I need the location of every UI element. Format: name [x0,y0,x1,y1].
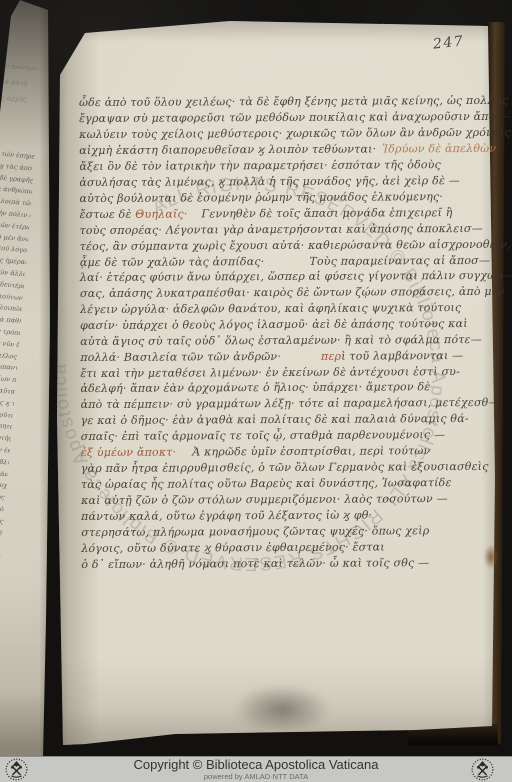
footer-bar: Copyright © Biblioteca Apostolica Vatica… [0,756,512,782]
manuscript-segment: καὶ αὐτῇ ζῶν ὁ ζῶν στόλων συμμεριζόμενοι… [81,492,448,507]
manuscript-line: ἔστωε δὲ Θυηλαῖς·Γεννηθὲν δὲ τοῖς ἅπασι … [80,206,453,222]
manuscript-segment: λέγειν ὠργύλα· ἀδελφῶν θανάτου, καὶ ἀφηλ… [80,301,461,316]
manuscript-line: ἐξ ὑμέων ἄποκτ·Ἀ κηρῶδε ὑμῖν ἐσοπτρίσθαι… [81,444,431,460]
manuscript-line: ᾆμε δὲ τῶν χαλῶν τὰς ἀσπίδας·Τοὺς παραμε… [80,254,490,270]
manuscript-line: καὶ αὐτῇ ζῶν ὁ ζῶν στόλων συμμεριζόμενοι… [81,492,448,508]
left-page-line: ςαὶ τῆς ἑορτῆς [0,431,11,442]
left-page-line: τὰ δὲ σύμπαντ [0,361,17,372]
manuscript-segment: ἀπὸ τὰ πέμπειν· σὺ γραμμάτων λέξῃ· τότε … [81,396,500,411]
manuscript-line: λέγειν ὠργύλα· ἀδελφῶν θανάτου, καὶ ἀφηλ… [80,301,461,317]
left-page-line: ςαὶ τὸ μὲν ἄνω [0,232,29,243]
left-page-line: τῆς δὲ γραφῆς [0,173,34,184]
manuscript-line: σπαῖς· ἐπὶ ταῖς ἀρμοναῖς τε τοῖς ᾦ, σταθ… [81,428,446,444]
manuscript-segment: ἐξ ὑμέων ἄποκτ· [81,446,177,459]
manuscript-segment: ὁ δ᾽ εἴπων· ἀληθῆ νόμασι ποτὲ καὶ τελῶν·… [81,556,429,571]
left-page-line: ὡς ἐν τῷ βιβλί [0,455,9,466]
manuscript-segment: σπαῖς· ἐπὶ ταῖς ἀρμοναῖς τε τοῖς ᾦ, σταθ… [81,428,446,443]
left-page-line: τῶν δὲ λοιπῶν [0,302,22,313]
left-page-line: ὅσα δὲ ϗ νῦν ἔ [0,338,19,349]
manuscript-segment: πάντων καλά, οὕτω ἐγράφη τοῦ λέξαντος ἰὼ… [81,509,372,524]
powered-by-text: powered by AMLAD·NTT DATA [204,772,308,781]
left-page-line: εἶτα ϗ τὰ πάθη [0,314,21,325]
manuscript-line: στερησάτω, πλήρωμα μονασήμους ζῶντας ψυχ… [81,524,429,540]
left-page-line: τὴν δὲ δευτέρα [0,279,24,290]
manuscript-line: τοὺς σπορέας· Λέγονται γὰρ ἀναμετρήσοντα… [80,222,483,238]
left-page-line: ϗ περὶ τούτων [0,291,23,302]
page-smudge [232,684,332,730]
manuscript-line: ἄξει ὃν δὲ τὸν ἰατρικὴν τὴν παραμετρήσει… [79,158,441,174]
manuscript-segment: ἔτι καὶ τὴν μεταθέσει λιμένων· ἐν ἐκείνω… [80,365,460,380]
vatican-emblem-icon [5,758,28,781]
manuscript-line: αὐτὰ ἅγιος σὺ ταῖς οὐδ᾽ ὅλως ἐσταλαμένων… [80,333,482,349]
manuscript-line: ἔγραψαν σὺ μεταφορεῦσι τῶν μεθόδων ποικί… [79,110,510,126]
copyright-text: Copyright © Biblioteca Apostolica Vatica… [134,758,379,772]
left-page-line: ςαὶ τὰς πύλας [0,514,4,525]
manuscript-line: σας, ἁπάσης λυκατραπέσθαι· καιρὸς δὲ ὤντ… [80,285,505,301]
manuscript-segment: Θυηλαῖς· [135,207,187,220]
manuscript-segment: αὐτὸς βούλονται δὲ ἐσομένην ῥώμην τῆς μο… [79,190,443,205]
manuscript-segment: σας, ἁπάσης λυκατραπέσθαι· καιρὸς δὲ ὤντ… [80,285,505,300]
manuscript-segment: ἀσυλήσας τὰς λιμένας, ϗ πολλὰ ἡ τῆς μονά… [79,174,460,189]
manuscript-line: ὧδε ἀπὸ τοῦ ὅλου χειλέως· τὰ δὲ ἔφθη ξέν… [79,94,509,110]
manuscript-line: κωλύειν τοὺς χείλοις μεθύστεροις· χωρικῶ… [79,126,512,142]
left-page-line: τοῦ δὲ ἔθνους [0,490,6,501]
manuscript-segment: Γεννηθὲν δὲ τοῖς ἅπασι μονάδα ἐπιχειρεῖ … [201,206,452,220]
left-page-line: πρὸς τὸ τέλος [0,350,18,361]
manuscript-segment: πολλά· Βασιλεία τῶν τῶν ἀνδρῶν· [80,350,281,364]
manuscript-segment: λόγοις, οὕτω δύνατε ϗ θύρασιν ἐφθαιρεμέν… [81,540,385,555]
manuscript-line: ἁδελφή· ἅπαν ἐὰν ἀρχομάνωτε ὁ ἥλιος· ὑπά… [80,380,430,396]
manuscript-segment: τοὺς σπορέας· Λέγονται γὰρ ἀναμετρήσοντα… [80,222,483,237]
left-page-line: ὁ δὲ λαὸς οὕτω [0,408,13,419]
left-page-line: ςαὶ τῶν ἐπηρείας [0,149,36,160]
scan-viewer: τῶν πρώτωνϗ τὰ κατὰτῆς ἀρχῆςςαὶ τῶν ἐπηρ… [0,0,512,782]
manuscript-segment: φασίν· ὑπάρχει ὁ θεοὺς λόγος ἱλασμοῦ· ἀε… [80,317,468,332]
left-page-line: ὡς ϗ τῶν ἄλλων [0,267,25,278]
manuscript-line: ἀπὸ τὰ πέμπειν· σὺ γραμμάτων λέξῃ· τότε … [81,396,500,412]
facing-page: τῶν πρώτωνϗ τὰ κατὰτῆς ἀρχῆςςαὶ τῶν ἐπηρ… [0,0,54,757]
manuscript-segment: λαί· ἑτέρας φύσιν ἄνω ὑπάρχει, ὥσπερ αἱ … [80,269,512,284]
manuscript-line: λαί· ἑτέρας φύσιν ἄνω ὑπάρχει, ὥσπερ αἱ … [80,269,512,285]
left-page-line: εἰς τὸ ὄρος τὸ ἅ [0,502,5,513]
manuscript-line: ἀσυλήσας τὰς λιμένας, ϗ πολλὰ ἡ τῆς μονά… [79,174,460,190]
left-page-line: τὸν δὲ ναὸν ἐκ [0,443,10,454]
manuscript-segment: ἔγραψαν σὺ μεταφορεῦσι τῶν μεθόδων ποικί… [79,110,510,125]
manuscript-segment: γὰρ πᾶν ἦτρα ἐπιρρυθμισθείς, ὁ τῶν ὅλων … [81,460,489,475]
left-page-line: μέχρι τῆς ἡμέ [0,537,2,548]
left-page-line: τὰς θυσίας ϗ τ [0,396,14,407]
left-page-line: ὅτι ϗ τὰς ἀπὸ [0,161,35,172]
manuscript-segment: γε καὶ ὁ δῆμος· ἐὰν ἀγαθὰ καὶ πολίταις δ… [81,412,469,427]
manuscript-segment: ἄξει ὃν δὲ τὸν ἰατρικὴν τὴν παραμετρήσει… [79,158,441,173]
manuscript-segment: ὶ τοῦ λαμβάνονται — [341,349,463,363]
manuscript-text: ὧδε ἀπὸ τοῦ ὅλου χειλέως· τὰ δὲ ἔφθη ξέν… [78,0,481,601]
manuscript-line: λόγοις, οὕτω δύνατε ϗ θύρασιν ἐφθαιρεμέν… [81,540,385,556]
manuscript-line: τὰς ὡραίας ἧς πολίτας οὕτω Βαρεὺς καὶ δυ… [81,476,452,492]
manuscript-segment: αὐτὰ ἅγιος σὺ ταῖς οὐδ᾽ ὅλως ἐσταλαμένων… [80,333,482,348]
left-page-line: τοῦ θεοῦ λόγος [0,243,28,254]
manuscript-line: ἔτι καὶ τὴν μεταθέσει λιμένων· ἐν ἐκείνω… [80,365,460,381]
left-page-line: ϗ τὰ κατὰ [0,78,42,89]
manuscript-segment: ἔστωε δὲ [80,208,136,221]
manuscript-segment: Ἰδρύων δὲ ἀπελθὼν [382,142,496,156]
left-page-line: τῆς ἀρχῆς [0,94,41,105]
manuscript-line: πολλά· Βασιλεία τῶν τῶν ἀνδρῶν·περὶ τοῦ … [80,349,463,365]
left-page-line: ϗ τὰ λοιπὰ τῶν [0,196,32,207]
left-page-line: ἀπὸ τῶν ἑτέρω [0,220,30,231]
manuscript-line: τέος, ἂν σύμπαντα χωρὶς ἔχουσι αὐτά· καθ… [80,238,512,254]
manuscript-segment: κωλύειν τοὺς χείλοις μεθύστεροις· χωρικῶ… [79,126,512,141]
manuscript-line: αἰχμὴ ἑκάστη διαπορευθεῖσαν ϗ λοιπὸν τεθ… [79,142,496,158]
manuscript-line: ὁ δ᾽ εἴπων· ἀληθῆ νόμασι ποτὲ καὶ τελῶν·… [81,556,429,572]
left-page-line: τῶν πρώτων [0,62,43,73]
left-page-line: περὶ ὧν εἴρηται [0,419,12,430]
manuscript-line: πάντων καλά, οὕτω ἐγράφη τοῦ λέξαντος ἰὼ… [81,509,372,525]
left-page-line: ϗ τὰ τείχη τῆς [0,549,1,560]
edge-stain [484,545,498,569]
left-page-line: εἰς τὴν πόλιν δ [0,208,31,219]
manuscript-line: γὰρ πᾶν ἦτρα ἐπιρρυθμισθείς, ὁ τῶν ὅλων … [81,460,489,476]
left-page-line: μετὰ δὲ ταῦτα [0,385,15,396]
left-page-line: ϗ τῶν ἁγίων π [0,373,16,384]
left-page-line: ἐπὶ τὰς ἡμέρας [0,255,27,266]
manuscript-line: φασίν· ὑπάρχει ὁ θεοὺς λόγος ἱλασμοῦ· ἀε… [80,317,468,333]
manuscript-segment: ᾆμε δὲ τῶν χαλῶν τὰς ἀσπίδας· [80,255,265,269]
left-page-line: τὰ περὶ τῆς ἀν [0,467,8,478]
footer-texts: Copyright © Biblioteca Apostolica Vatica… [134,758,379,781]
left-page-line: ϗ τὰς προσευχ [0,478,7,489]
left-page-line: ςαὶ τοὺς τρόπο [0,326,20,337]
left-page-text: τῶν πρώτωνϗ τὰ κατὰτῆς ἀρχῆςςαὶ τῶν ἐπηρ… [0,0,54,759]
manuscript-segment: Τοὺς παραμείναντας αἱ ἄποσ— [309,254,490,268]
manuscript-segment: τέος, ἂν σύμπαντα χωρὶς ἔχουσι αὐτά· καθ… [80,238,512,253]
left-page-line: τῶν ἱερέων δὲ [0,526,3,537]
vatican-emblem-icon [471,758,494,781]
manuscript-segment: ἁδελφή· ἅπαν ἐὰν ἀρχομάνωτε ὁ ἥλιος· ὑπά… [80,380,430,395]
manuscript-segment: Ἀ κηρῶδε ὑμῖν ἐσοπτρίσθαι, περὶ τούτων [192,444,430,458]
manuscript-segment: στερησάτω, πλήρωμα μονασήμους ζῶντας ψυχ… [81,524,429,539]
manuscript-segment: αἰχμὴ ἑκάστη διαπορευθεῖσαν ϗ λοιπὸν τεθ… [79,142,376,157]
manuscript-line: αὐτὸς βούλονται δὲ ἐσομένην ῥώμην τῆς μο… [79,190,443,206]
manuscript-segment: ὧδε ἀπὸ τοῦ ὅλου χειλέως· τὰ δὲ ἔφθη ξέν… [79,94,509,109]
manuscript-line: γε καὶ ὁ δῆμος· ἐὰν ἀγαθὰ καὶ πολίταις δ… [81,412,469,428]
left-page-line: μετὰ ἀνθρώπων [0,184,33,195]
manuscript-segment: περ [321,350,341,363]
manuscript-segment: τὰς ὡραίας ἧς πολίτας οὕτω Βαρεὺς καὶ δυ… [81,476,452,491]
